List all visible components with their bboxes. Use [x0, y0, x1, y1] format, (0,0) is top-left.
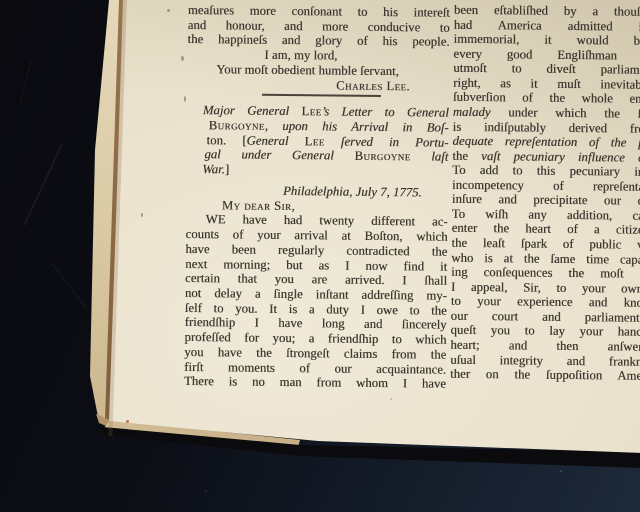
- text-segment: is indiſputably derived fro: [453, 119, 640, 135]
- text-line: There is no man from whom I have: [184, 374, 446, 391]
- text-segment: inſure and precipitate our d: [452, 192, 640, 208]
- text-segment: laſt: [411, 150, 449, 164]
- text-segment: ſerved in Portu-: [325, 134, 449, 149]
- text-segment: General: [246, 133, 304, 148]
- text-segment: every good Engliſhman t: [453, 46, 640, 62]
- text-segment: uſual integrity and frankn: [450, 352, 640, 368]
- text-segment: Burgoyne: [209, 118, 265, 133]
- printed-text: meaſures more conſonant to his intereſta…: [0, 0, 640, 512]
- text-segment: utmoſt to diveſt parliame: [453, 61, 640, 77]
- text-segment: malady: [453, 105, 491, 119]
- text-segment: ther on the ſuppoſition Ame: [450, 367, 640, 383]
- text-segment: War.: [202, 162, 225, 176]
- text-segment: Lee: [305, 134, 325, 148]
- text-segment: to your experience and kno: [451, 294, 640, 310]
- text-line: War.]: [186, 162, 448, 179]
- text-segment: ing conſequences the moſt i: [451, 265, 640, 281]
- text-segment: To wiſh any addition, ca: [452, 207, 640, 223]
- text-segment: had America admitted it: [454, 17, 640, 33]
- text-segment: gal under General: [204, 148, 354, 164]
- text-segment: been eſtabliſhed by a thouſa: [454, 3, 640, 19]
- text-segment: our court and parliament,: [451, 309, 640, 325]
- text-segment: right, as it muſt inevitabl: [453, 76, 640, 92]
- text-segment: Major General: [203, 103, 302, 118]
- text-line: Your moſt obedient humble ſervant,: [187, 62, 449, 79]
- text-segment: the: [452, 148, 481, 162]
- text-segment: the leaſt ſpark of public v: [451, 236, 640, 252]
- text-segment: vaſt pecuniary influence o: [481, 149, 640, 165]
- text-line: ther on the ſuppoſition Ame: [450, 367, 640, 384]
- text-segment: Burgoyne: [354, 149, 410, 164]
- text-segment: ſubverſion of the whole em: [453, 90, 640, 106]
- text-segment: Lee: [301, 104, 321, 118]
- photo-of-printed-page: meaſures more conſonant to his intereſta…: [0, 0, 640, 512]
- text-segment: WE have had twenty different ac-: [206, 213, 448, 230]
- text-segment: Charles Lee.: [336, 78, 410, 93]
- text-segment: ,: [291, 199, 294, 213]
- text-line: Charles Lee.: [187, 77, 449, 94]
- text-segment: immemorial, it would be: [454, 32, 640, 48]
- left-text-column: meaſures more conſonant to his intereſta…: [184, 3, 450, 392]
- text-segment: dequate repreſentation of the p: [452, 134, 640, 150]
- text-segment: incompetency of repreſenta: [452, 177, 640, 193]
- text-segment: the happineſs and glory of his people.: [188, 32, 450, 49]
- right-text-column: been eſtabliſhed by a thouſahad America …: [450, 3, 640, 384]
- text-segment: heart; and then anſwer: [450, 338, 640, 354]
- text-segment: I appeal, Sir, to your own: [451, 279, 640, 295]
- text-segment: Philadelphia, July 7, 1775.: [283, 184, 422, 199]
- text-segment: who is at the ſame time capa: [451, 250, 640, 266]
- text-segment: , upon his Arrival in Boſ-: [265, 119, 449, 135]
- text-segment: ’s Letter to General: [322, 105, 449, 120]
- text-segment: queſt you to lay your hand: [450, 323, 640, 339]
- text-segment: Your moſt obedient humble ſervant,: [216, 62, 399, 78]
- text-line: the happineſs and glory of his people.: [188, 32, 450, 49]
- text-segment: I am, my lord,: [264, 48, 337, 63]
- text-segment: ton. [: [206, 133, 246, 147]
- section-divider-rule: [262, 94, 381, 97]
- text-segment: My dear Sir: [222, 198, 292, 213]
- text-segment: enter the heart of a citize: [452, 221, 640, 237]
- text-segment: under which the ſt: [490, 105, 640, 121]
- text-segment: To add to this pecuniary in: [452, 163, 640, 179]
- text-segment: There is no man from whom I have: [184, 374, 446, 391]
- text-segment: ]: [225, 163, 229, 177]
